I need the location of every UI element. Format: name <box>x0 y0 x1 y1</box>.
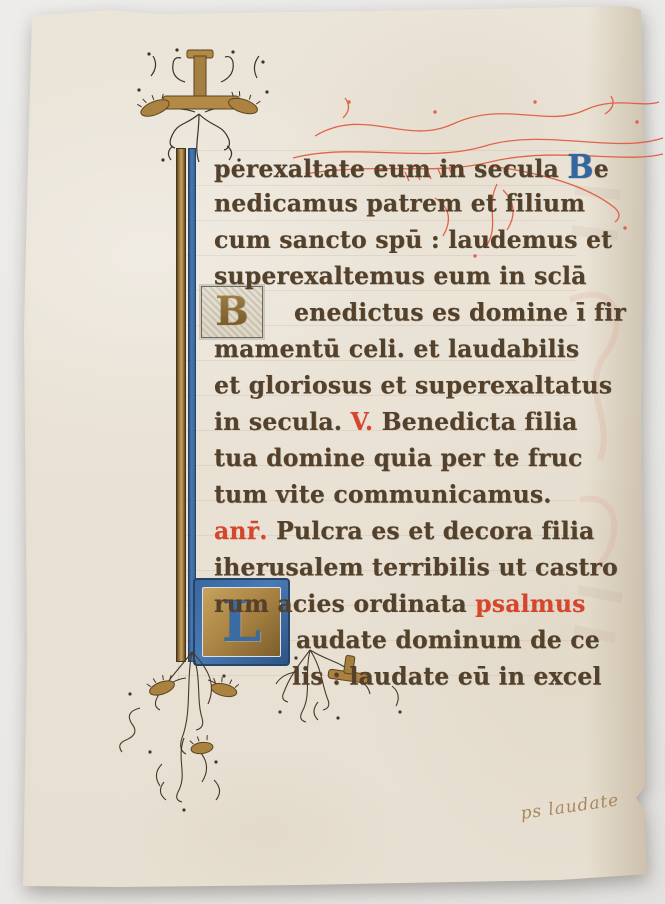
body-text: perexaltate eum in secula <box>214 154 567 183</box>
text-line: audate dominum de ce <box>214 622 598 658</box>
text-line: cum sancto spū : laudemus et <box>214 222 598 258</box>
body-text: superexaltemus eum in sclā <box>214 261 587 290</box>
body-text: e <box>594 154 609 183</box>
text-line: tua domine quia per te fruc <box>214 440 598 476</box>
bar-border-gold-strip <box>176 148 186 662</box>
body-text: lis : laudate eū in excel <box>292 662 602 691</box>
rubric-text: anr̄. <box>214 516 276 545</box>
body-text: et gloriosus et superexaltatus <box>214 371 612 400</box>
text-line: tum vite communicamus. <box>214 477 598 513</box>
body-text: tum vite communicamus. <box>214 480 552 509</box>
text-line: iherusalem terribilis ut castro <box>214 549 598 585</box>
text-line: nedicamus patrem et filium <box>214 185 598 221</box>
body-text: Benedicta filia <box>373 407 577 436</box>
body-text: rum acies ordinata <box>214 589 475 618</box>
body-text: cum sancto spū : laudemus et <box>214 225 612 254</box>
photograph-background: B L <box>0 0 665 904</box>
rubric-text: V. <box>351 407 374 436</box>
gold-leaf-right <box>227 89 262 117</box>
text-line: in secula. V. Benedicta filia <box>214 404 598 440</box>
text-line: lis : laudate eū in excel <box>214 659 598 695</box>
inline-blue-initial: B <box>567 149 593 186</box>
body-text: mamentū celi. et laudabilis <box>214 334 579 363</box>
rubric-text: psalmus <box>475 589 585 618</box>
text-line: perexaltate eum in secula Be <box>214 149 598 185</box>
gold-leaf-c <box>189 735 213 755</box>
body-text: audate dominum de ce <box>296 625 600 654</box>
gold-leaf-a <box>146 672 177 698</box>
text-line: mamentū celi. et laudabilis <box>214 331 598 367</box>
body-text: in secula. <box>214 407 351 436</box>
text-line: rum acies ordinata psalmus <box>214 586 598 622</box>
body-text: nedicamus patrem et filium <box>214 189 585 218</box>
body-text: tua domine quia per te fruc <box>214 443 583 472</box>
body-text: enedictus es domine ī fir <box>294 298 626 327</box>
text-block: perexaltate eum in secula Benedicamus pa… <box>214 149 598 695</box>
body-text: Pulcra es et decora filia <box>276 516 594 545</box>
text-line: enedictus es domine ī fir <box>214 295 598 331</box>
body-text: iherusalem terribilis ut castro <box>214 553 618 582</box>
gold-leaf-left <box>136 90 171 119</box>
text-line: superexaltemus eum in sclā <box>214 258 598 294</box>
text-line: anr̄. Pulcra es et decora filia <box>214 513 598 549</box>
text-line: et gloriosus et superexaltatus <box>214 367 598 403</box>
